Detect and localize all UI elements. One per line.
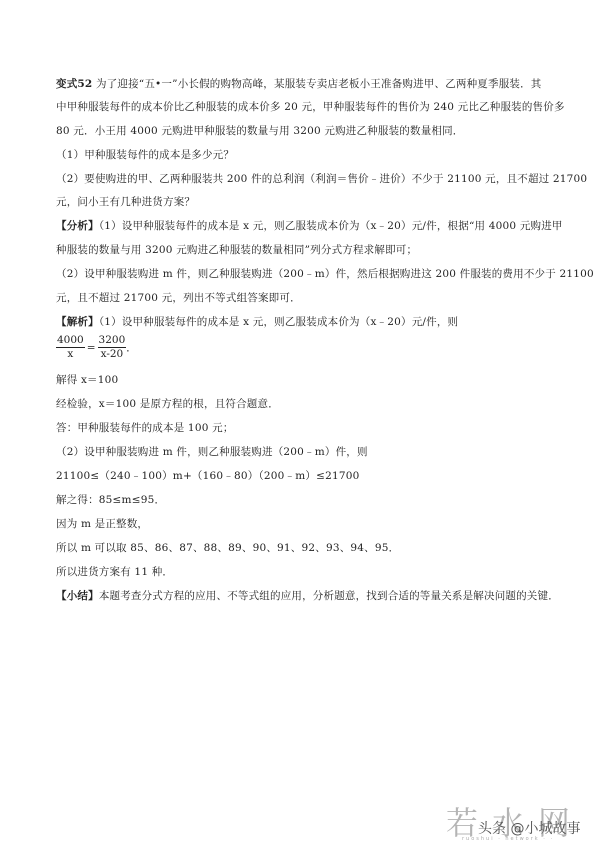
fraction-right-denominator: x-20 xyxy=(101,348,124,361)
fraction-equation: 4000 x = 3200 x-20 ． xyxy=(56,334,137,361)
question-2-line-1: （2）要使购进的甲、乙两种服装共 200 件的总利润（利润＝售价﹣进价）不少于 … xyxy=(56,172,587,186)
fraction-right: 3200 x-20 xyxy=(98,334,127,361)
fraction-right-numerator: 3200 xyxy=(98,334,127,348)
solution-line-2: 解得 x＝100 xyxy=(56,373,118,387)
fraction-left: 4000 x xyxy=(56,334,85,361)
fraction-left-numerator: 4000 xyxy=(56,334,85,348)
solution-line-5: （2）设甲种服装购进 m 件，则乙种服装购进（200﹣m）件，则 xyxy=(56,445,368,459)
document-page: 变式52 为了迎接“五•一”小长假的购物高峰，某服装专卖店老板小王准备购进甲、乙… xyxy=(0,0,600,849)
analysis-line-2: 种服装的数量与用 3200 元购进乙种服装的数量相同”列分式方程求解即可； xyxy=(56,243,417,257)
problem-line-1: 变式52 为了迎接“五•一”小长假的购物高峰，某服装专卖店老板小王准备购进甲、乙… xyxy=(56,77,542,91)
problem-text-1: 为了迎接“五•一”小长假的购物高峰，某服装专卖店老板小王准备购进甲、乙两种夏季服… xyxy=(96,78,542,90)
solution-line-6: 21100≤（240﹣100）m+（160﹣80）（200﹣m）≤21700 xyxy=(56,469,360,483)
equals-sign: = xyxy=(87,342,96,354)
solution-label: 【解析】 xyxy=(56,316,99,328)
analysis-label: 【分析】 xyxy=(56,220,99,232)
watermark-toutiao: 头条 @小城故事 xyxy=(478,818,580,838)
summary-label: 【小结】 xyxy=(56,590,99,602)
summary-text: 本题考查分式方程的应用、不等式组的应用，分析题意，找到合适的等量关系是解决问题的… xyxy=(99,590,559,602)
problem-label: 变式52 xyxy=(56,78,92,90)
watermark-small: ruoshui · network · · xyxy=(462,836,554,842)
solution-text-1: （1）设甲种服装每件的成本是 x 元，则乙服装成本价为（x﹣20）元/件，则 xyxy=(99,316,458,328)
problem-line-3: 80 元．小王用 4000 元购进甲种服装的数量与用 3200 元购进乙种服装的… xyxy=(56,124,464,138)
solution-line-10: 所以进货方案有 11 种． xyxy=(56,565,173,579)
question-1: （1）甲种服装每件的成本是多少元？ xyxy=(56,148,234,162)
analysis-line-3: （2）设甲种服装购进 m 件，则乙种服装购进（200﹣m）件，然后根据购进这 2… xyxy=(56,267,594,281)
solution-line-3: 经检验，x＝100 是原方程的根，且符合题意． xyxy=(56,397,279,411)
solution-line-4: 答：甲种服装每件的成本是 100 元； xyxy=(56,421,234,435)
analysis-line-4: 元，且不超过 21700 元，列出不等式组答案即可． xyxy=(56,291,301,305)
solution-line-7: 解之得：85≤m≤95． xyxy=(56,493,165,507)
solution-line-8: 因为 m 是正整数， xyxy=(56,517,148,531)
summary-line: 【小结】本题考查分式方程的应用、不等式组的应用，分析题意，找到合适的等量关系是解… xyxy=(56,589,559,603)
fraction-end: ． xyxy=(126,340,137,355)
analysis-line-1: 【分析】（1）设甲种服装每件的成本是 x 元，则乙服装成本价为（x﹣20）元/件… xyxy=(56,219,563,233)
analysis-text-1: （1）设甲种服装每件的成本是 x 元，则乙服装成本价为（x﹣20）元/件，根据“… xyxy=(99,220,563,232)
fraction-left-denominator: x xyxy=(67,348,73,361)
solution-line-9: 所以 m 可以取 85、86、87、88、89、90、91、92、93、94、9… xyxy=(56,541,399,555)
question-2-line-2: 元，问小王有几种进货方案？ xyxy=(56,195,195,209)
solution-line-1: 【解析】（1）设甲种服装每件的成本是 x 元，则乙服装成本价为（x﹣20）元/件… xyxy=(56,315,458,329)
problem-line-2: 中甲种服装每件的成本价比乙种服装的成本价多 20 元，甲种服装每件的售价为 24… xyxy=(56,100,565,114)
